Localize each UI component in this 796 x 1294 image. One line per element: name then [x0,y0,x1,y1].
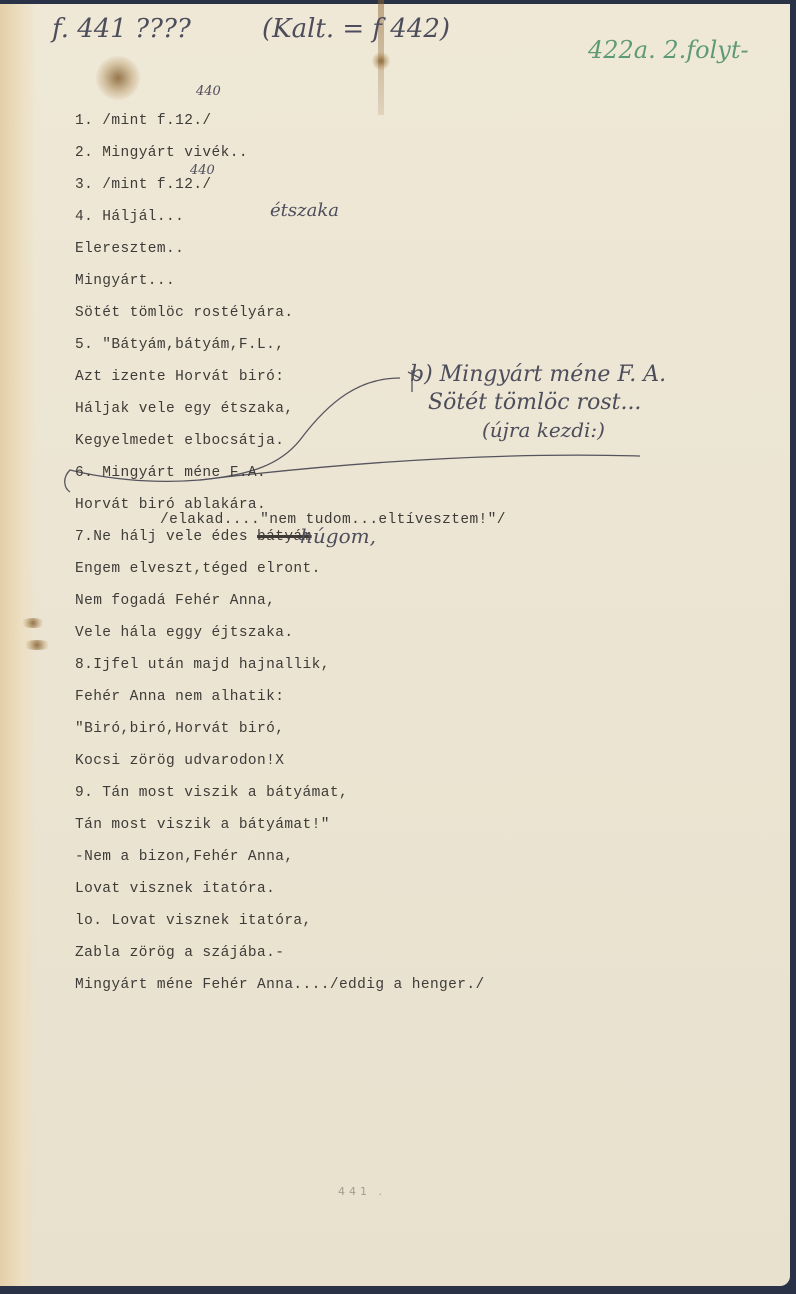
annotation-hugom: húgom, [300,524,376,548]
typed-line-23: 9. Tán most viszik a bátyámat, [75,785,348,801]
typed-line-2: 2. Mingyárt vivék.. [75,145,248,161]
ink-smudge [20,618,46,628]
typed-line-6: Mingyárt... [75,273,175,289]
typed-line-21: "Biró,biró,Horvát biró, [75,721,284,737]
typed-line-18: Vele hála eggy éjtszaka. [75,625,293,641]
ink-smudge [22,640,52,650]
typed-line-4: 4. Háljál... [75,209,184,225]
typed-line-20: Fehér Anna nem alhatik: [75,689,284,705]
typed-line-5: Eleresztem.. [75,241,184,257]
typed-line-28: Zabla zörög a szájába.- [75,945,284,961]
footer-pencil-mark: 441 . [338,1185,386,1198]
typed-line-1: 1. /mint f.12./ [75,113,212,129]
typed-line-25: -Nem a bizon,Fehér Anna, [75,849,293,865]
typed-line-27: lo. Lovat visznek itatóra, [75,913,312,929]
typed-line-29: Mingyárt méne Fehér Anna..../eddig a hen… [75,977,485,993]
typed-line-16: Engem elveszt,téged elront. [75,561,321,577]
typed-line-7: Sötét tömlöc rostélyára. [75,305,293,321]
typed-line-19: 8.Ijfel után majd hajnallik, [75,657,330,673]
typed-line-9: Azt izente Horvát biró: [75,369,284,385]
typed-line-13: Horvát biró ablakára. [75,497,266,513]
typed-line-3: 3. /mint f.12./ [75,177,212,193]
typed-line-22: Kocsi zörög udvarodon!X [75,753,284,769]
typed-line-12: 6. Mingyárt méne F.A. [75,465,266,481]
typed-line-15: 7.Ne hálj vele édes bátyám [75,529,312,545]
typed-line-24: Tán most viszik a bátyámat!" [75,817,330,833]
typed-line-26: Lovat visznek itatóra. [75,881,275,897]
document-page: f. 441 ???? (Kalt. = f 442) 422a. 2.foly… [0,0,790,1286]
typed-line-8: 5. "Bátyám,bátyám,F.L., [75,337,284,353]
line7-text: 7.Ne hálj vele édes [75,529,257,545]
typed-line-17: Nem fogadá Fehér Anna, [75,593,275,609]
typed-line-10: Háljak vele egy étszaka, [75,401,293,417]
typed-line-11: Kegyelmedet elbocsátja. [75,433,284,449]
